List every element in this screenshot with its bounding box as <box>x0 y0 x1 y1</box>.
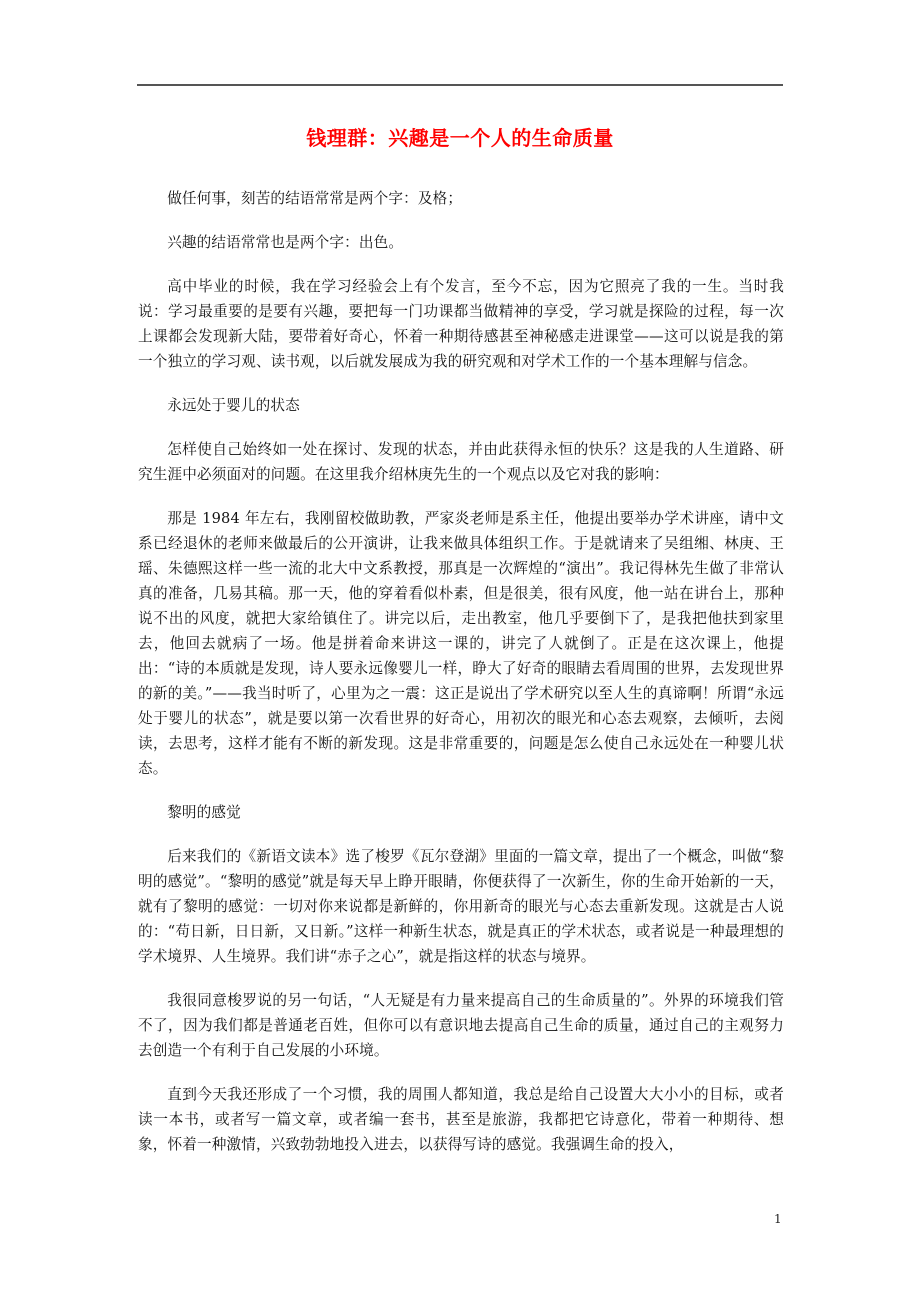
paragraph: 兴趣的结语常常也是两个字：出色。 <box>138 230 784 255</box>
paragraph: 怎样使自己始终如一处在探讨、发现的状态，并由此获得永恒的快乐？这是我的人生道路、… <box>138 437 784 487</box>
document-title: 钱理群：兴趣是一个人的生命质量 <box>137 122 783 151</box>
document-body: 做任何事，刻苦的结语常常是两个字：及格； 兴趣的结语常常也是两个字：出色。 高中… <box>138 186 784 1176</box>
section-heading: 黎明的感觉 <box>138 800 784 825</box>
header-rule <box>137 84 783 86</box>
paragraph: 高中毕业的时候，我在学习经验会上有个发言，至今不忘，因为它照亮了我的一生。当时我… <box>138 274 784 374</box>
paragraph: 直到今天我还形成了一个习惯，我的周围人都知道，我总是给自己设置大大小小的目标，或… <box>138 1082 784 1157</box>
paragraph: 后来我们的《新语文读本》选了梭罗《瓦尔登湖》里面的一篇文章，提出了一个概念，叫做… <box>138 844 784 969</box>
page-number: 1 <box>774 1212 782 1226</box>
paragraph: 我很同意梭罗说的另一句话，“人无疑是有力量来提高自己的生命质量的”。外界的环境我… <box>138 988 784 1063</box>
section-heading: 永远处于婴儿的状态 <box>138 393 784 418</box>
paragraph: 做任何事，刻苦的结语常常是两个字：及格； <box>138 186 784 211</box>
paragraph: 那是 1984 年左右，我刚留校做助教，严家炎老师是系主任，他提出要举办学术讲座… <box>138 506 784 781</box>
document-page: 钱理群：兴趣是一个人的生命质量 做任何事，刻苦的结语常常是两个字：及格； 兴趣的… <box>0 0 920 1302</box>
